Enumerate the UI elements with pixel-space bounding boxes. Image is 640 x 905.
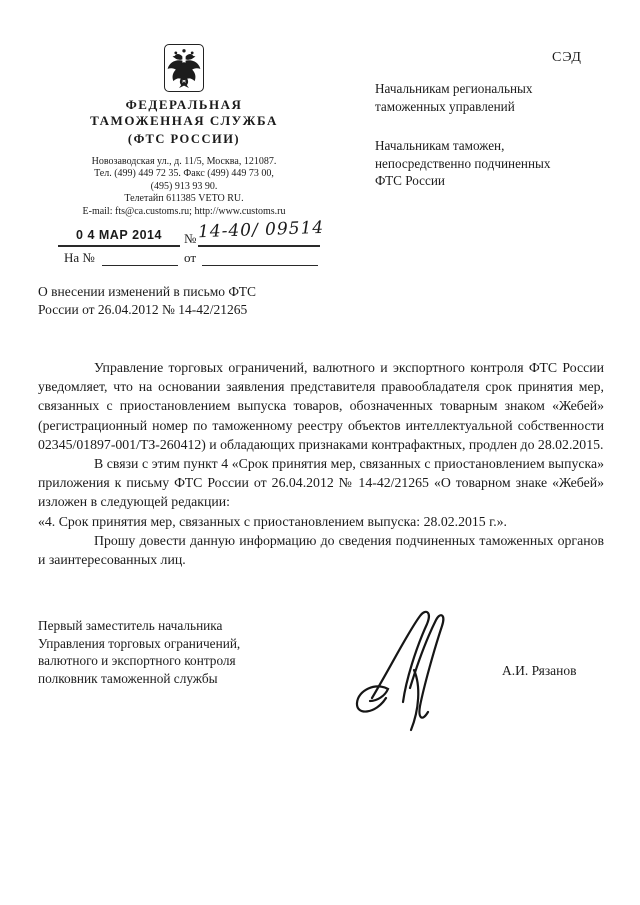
subject-line: О внесении изменений в письмо ФТС России…	[38, 283, 290, 318]
address-line: E-mail: fts@ca.customs.ru; http://www.cu…	[16, 206, 352, 218]
recipients-block: Начальникам региональных таможенных упра…	[375, 80, 610, 212]
date-field: 0 4 МАР 2014	[58, 226, 180, 247]
recipient-line: таможенных управлений	[375, 98, 610, 116]
reply-to-label: На №	[64, 250, 95, 266]
org-name-line1: ФЕДЕРАЛЬНАЯ	[16, 97, 352, 113]
recipient-group: Начальникам региональных таможенных упра…	[375, 80, 610, 115]
reply-number-blank-line	[102, 250, 178, 266]
address-line: Новозаводская ул., д. 11/5, Москва, 1210…	[16, 156, 352, 168]
outgoing-number-handwritten: 14-40/ 09514	[198, 218, 325, 242]
document-page: СЭД ФЕДЕРАЛЬНАЯ ТАМОЖЕННАЯ СЛУЖБА (ФТС Р	[0, 0, 640, 905]
signer-position-line: Первый заместитель начальника	[38, 617, 310, 635]
recipient-group: Начальникам таможен, непосредственно под…	[375, 137, 610, 190]
number-sign: №	[184, 231, 196, 247]
outgoing-number-field: 14-40/ 09514	[198, 220, 320, 247]
recipient-line: Начальникам таможен,	[375, 137, 610, 155]
body-paragraph: Управление торговых ограничений, валютно…	[38, 358, 604, 454]
body-paragraph: Прошу довести данную информацию до сведе…	[38, 531, 604, 569]
signer-name: А.И. Рязанов	[502, 663, 577, 679]
handwritten-signature	[350, 604, 475, 732]
from-date-blank-line	[202, 250, 318, 266]
address-line: (495) 913 93 90.	[16, 181, 352, 193]
body-paragraph: В связи с этим пункт 4 «Срок принятия ме…	[38, 454, 604, 512]
letter-body: Управление торговых ограничений, валютно…	[38, 358, 604, 569]
signer-position-line: полковник таможенной службы	[38, 670, 310, 688]
address-line: Тел. (499) 449 72 35. Факс (499) 449 73 …	[16, 168, 352, 180]
date-stamp: 0 4 МАР 2014	[76, 228, 162, 242]
letterhead: ФЕДЕРАЛЬНАЯ ТАМОЖЕННАЯ СЛУЖБА (ФТС РОССИ…	[16, 44, 352, 218]
signer-position-line: валютного и экспортного контроля	[38, 652, 310, 670]
org-name-line3: (ФТС РОССИИ)	[16, 132, 352, 147]
body-paragraph: «4. Срок принятия мер, связанных с приос…	[38, 512, 604, 531]
sed-label: СЭД	[552, 50, 582, 66]
org-name-line2: ТАМОЖЕННАЯ СЛУЖБА	[16, 113, 352, 129]
double-headed-eagle-emblem-icon	[164, 44, 204, 92]
org-address-block: Новозаводская ул., д. 11/5, Москва, 1210…	[16, 156, 352, 218]
recipient-line: непосредственно подчиненных	[375, 155, 610, 173]
recipient-line: ФТС России	[375, 172, 610, 190]
signer-position-block: Первый заместитель начальника Управления…	[38, 617, 310, 687]
signer-position-line: Управления торговых ограничений,	[38, 635, 310, 653]
recipient-line: Начальникам региональных	[375, 80, 610, 98]
from-label: от	[184, 250, 196, 266]
address-line: Телетайп 611385 VETO RU.	[16, 193, 352, 205]
